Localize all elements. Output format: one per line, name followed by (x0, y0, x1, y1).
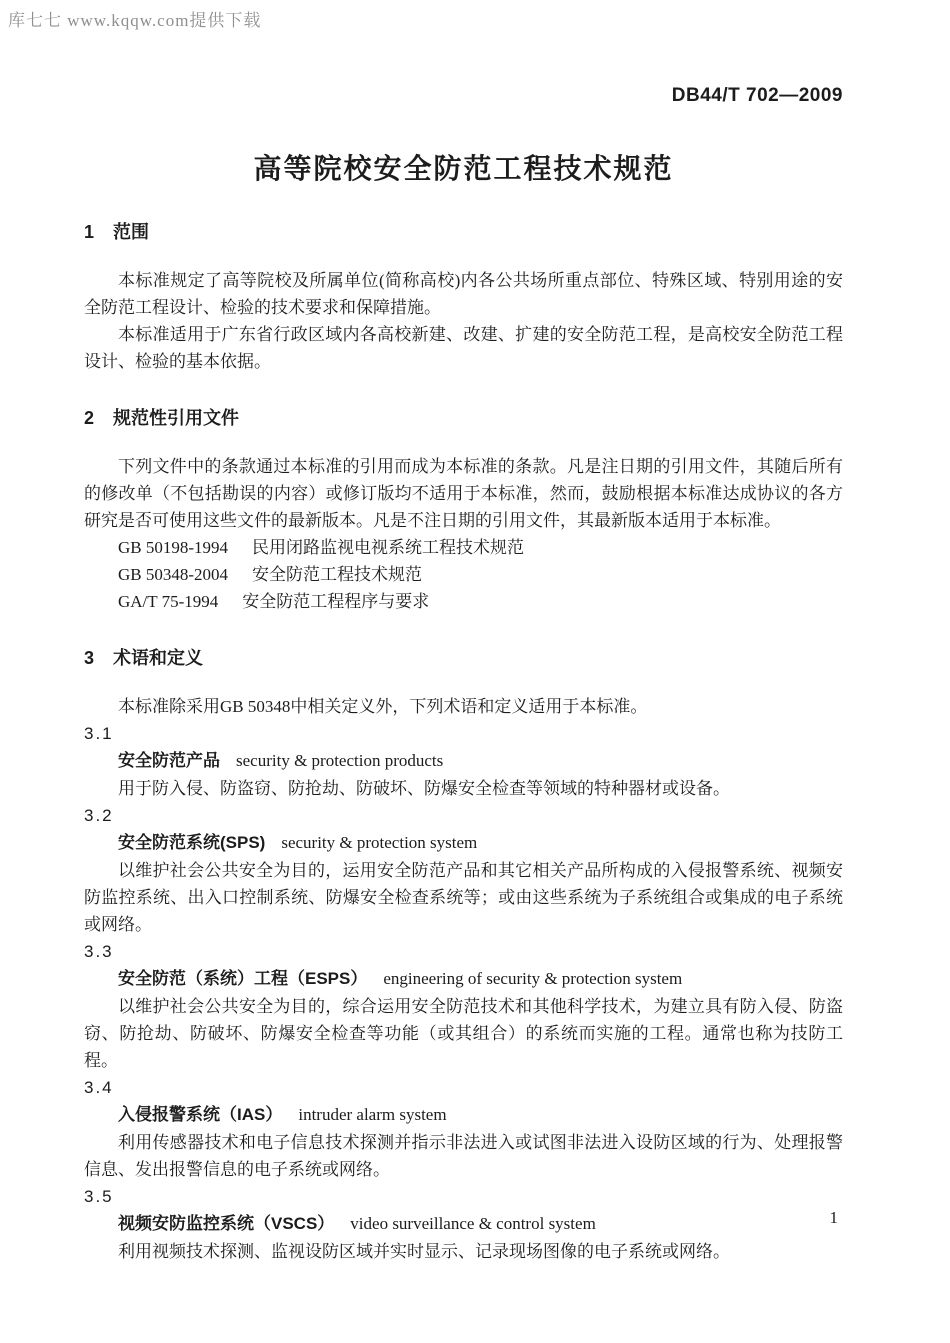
reference-code: GB 50348-2004 (118, 565, 228, 584)
clause-number-3-1: 3.1 (84, 720, 843, 747)
clause-number-3-3: 3.3 (84, 938, 843, 965)
clause-number-3-2: 3.2 (84, 802, 843, 829)
reference-name: 安全防范工程技术规范 (252, 565, 422, 584)
reference-code: GB 50198-1994 (118, 538, 228, 557)
section-2-title: 规范性引用文件 (113, 408, 239, 428)
term-definition-3-5: 利用视频技术探测、监视设防区域并实时显示、记录现场图像的电子系统或网络。 (84, 1238, 843, 1265)
reference-name: 安全防范工程程序与要求 (242, 592, 429, 611)
section-1-title: 范围 (113, 222, 149, 242)
term-zh: 视频安防监控系统（VSCS） (118, 1214, 334, 1233)
section-3-intro: 本标准除采用GB 50348中相关定义外，下列术语和定义适用于本标准。 (84, 693, 843, 720)
reference-name: 民用闭路监视电视系统工程技术规范 (252, 538, 524, 557)
term-definition-3-4: 利用传感器技术和电子信息技术探测并指示非法进入或试图非法进入设防区域的行为、处理… (84, 1129, 843, 1183)
term-zh: 安全防范（系统）工程（ESPS） (118, 969, 367, 988)
term-zh: 入侵报警系统（IAS） (118, 1105, 282, 1124)
term-en: security & protection products (236, 751, 443, 770)
term-line-3-1: 安全防范产品security & protection products (84, 747, 843, 775)
term-en: engineering of security & protection sys… (383, 969, 682, 988)
section-1-paragraph: 本标准规定了高等院校及所属单位(简称高校)内各公共场所重点部位、特殊区域、特别用… (84, 267, 843, 321)
reference-item: GA/T 75-1994安全防范工程程序与要求 (84, 588, 843, 615)
term-definition-3-3: 以维护社会公共安全为目的，综合运用安全防范技术和其他科学技术，为建立具有防入侵、… (84, 993, 843, 1074)
term-en: intruder alarm system (298, 1105, 446, 1124)
section-1-heading: 1范围 (84, 219, 843, 245)
section-2-number: 2 (84, 408, 94, 428)
document-page: DB44/T 702—2009 高等院校安全防范工程技术规范 1范围 本标准规定… (0, 0, 950, 1343)
term-en: security & protection system (281, 833, 477, 852)
doc-code: DB44/T 702—2009 (84, 85, 843, 107)
page-number: 1 (830, 1206, 839, 1230)
term-definition-3-1: 用于防入侵、防盗窃、防抢劫、防破坏、防爆安全检查等领域的特种器材或设备。 (84, 775, 843, 802)
term-line-3-2: 安全防范系统(SPS)security & protection system (84, 829, 843, 857)
section-3-number: 3 (84, 648, 94, 668)
term-zh: 安全防范产品 (118, 751, 220, 770)
page-title: 高等院校安全防范工程技术规范 (84, 149, 843, 189)
clause-number-3-4: 3.4 (84, 1074, 843, 1101)
clause-number-3-5: 3.5 (84, 1183, 843, 1210)
term-line-3-3: 安全防范（系统）工程（ESPS）engineering of security … (84, 965, 843, 993)
reference-list: GB 50198-1994民用闭路监视电视系统工程技术规范 GB 50348-2… (84, 534, 843, 615)
section-1-paragraph: 本标准适用于广东省行政区域内各高校新建、改建、扩建的安全防范工程，是高校安全防范… (84, 321, 843, 375)
section-2-heading: 2规范性引用文件 (84, 405, 843, 431)
reference-item: GB 50198-1994民用闭路监视电视系统工程技术规范 (84, 534, 843, 561)
section-3-title: 术语和定义 (113, 648, 203, 668)
reference-code: GA/T 75-1994 (118, 592, 218, 611)
term-en: video surveillance & control system (350, 1214, 596, 1233)
term-definition-3-2: 以维护社会公共安全为目的，运用安全防范产品和其它相关产品所构成的入侵报警系统、视… (84, 857, 843, 938)
term-line-3-5: 视频安防监控系统（VSCS）video surveillance & contr… (84, 1210, 843, 1238)
section-1-number: 1 (84, 222, 94, 242)
term-zh: 安全防范系统(SPS) (118, 833, 265, 852)
section-2-paragraph: 下列文件中的条款通过本标准的引用而成为本标准的条款。凡是注日期的引用文件，其随后… (84, 453, 843, 534)
reference-item: GB 50348-2004安全防范工程技术规范 (84, 561, 843, 588)
term-line-3-4: 入侵报警系统（IAS）intruder alarm system (84, 1101, 843, 1129)
section-3-heading: 3术语和定义 (84, 645, 843, 671)
